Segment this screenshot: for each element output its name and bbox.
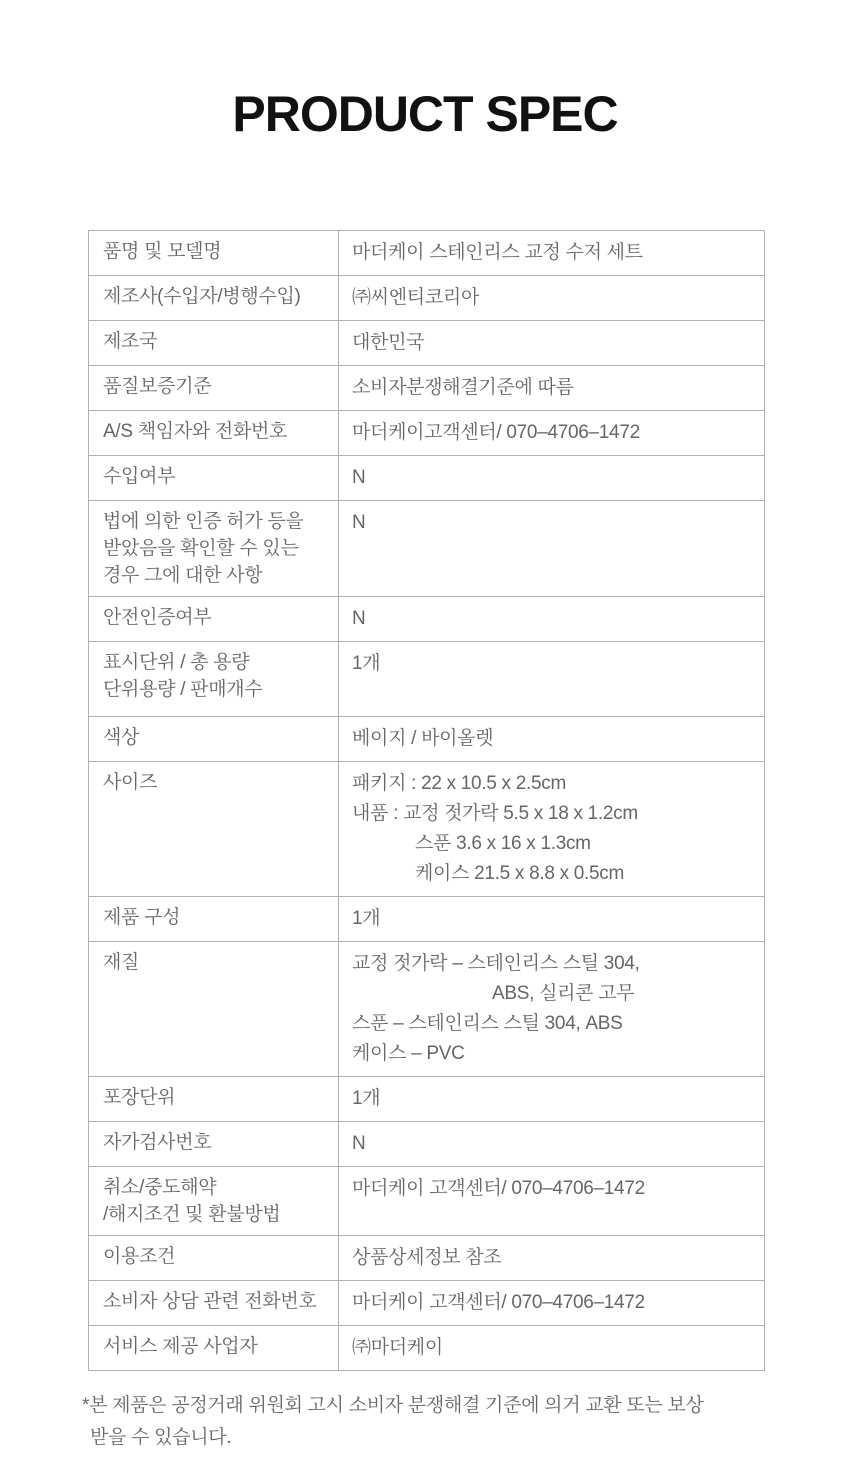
cell-line: 소비자분쟁해결기준에 따름 [352,373,756,403]
footnote-line-2: 받을 수 있습니다. [82,1422,780,1454]
cell-line: 소비자 상담 관련 전화번호 [103,1288,330,1315]
row-value: 1개 [339,642,765,717]
row-value: 1개 [339,897,765,942]
cell-line: 품명 및 모델명 [103,238,330,265]
table-row: 제조사(수입자/병행수입)㈜씨엔티코리아 [89,276,765,321]
cell-line: 1개 [352,1084,756,1114]
cell-line: 마더케이 고객센터/ 070–4706–1472 [352,1174,756,1204]
cell-line: 재질 [103,949,330,976]
spec-table: 품명 및 모델명마더케이 스테인리스 교정 수저 세트제조사(수입자/병행수입)… [88,230,765,1371]
cell-line: 포장단위 [103,1084,330,1111]
cell-line: 케이스 – PVC [352,1039,756,1069]
table-row: 서비스 제공 사업자㈜마더케이 [89,1326,765,1371]
cell-line: 대한민국 [352,328,756,358]
cell-line: 마더케이고객센터/ 070–4706–1472 [352,418,756,448]
product-spec-page: PRODUCT SPEC 품명 및 모델명마더케이 스테인리스 교정 수저 세트… [0,0,850,1468]
row-value: 마더케이 고객센터/ 070–4706–1472 [339,1167,765,1236]
cell-line: 이용조건 [103,1243,330,1270]
row-value: N [339,501,765,597]
cell-line: 상품상세정보 참조 [352,1243,756,1273]
cell-line: 제조사(수입자/병행수입) [103,283,330,310]
cell-line: N [352,604,756,634]
table-row: A/S 책임자와 전화번호마더케이고객센터/ 070–4706–1472 [89,411,765,456]
row-value: 베이지 / 바이올렛 [339,717,765,762]
row-label: 사이즈 [89,762,339,897]
cell-line: 받았음을 확인할 수 있는 [103,535,330,562]
row-value: 대한민국 [339,321,765,366]
table-row: 색상베이지 / 바이올렛 [89,717,765,762]
row-label: 안전인증여부 [89,597,339,642]
row-label: 표시단위 / 총 용량단위용량 / 판매개수 [89,642,339,717]
row-value: 교정 젓가락 – 스테인리스 스틸 304,ABS, 실리콘 고무스푼 – 스테… [339,942,765,1077]
row-label: 취소/중도해약/해지조건 및 환불방법 [89,1167,339,1236]
table-row: 품질보증기준소비자분쟁해결기준에 따름 [89,366,765,411]
table-row: 제조국대한민국 [89,321,765,366]
row-value: 마더케이 고객센터/ 070–4706–1472 [339,1281,765,1326]
table-row: 표시단위 / 총 용량단위용량 / 판매개수1개 [89,642,765,717]
cell-line: 색상 [103,724,330,751]
row-label: 제품 구성 [89,897,339,942]
cell-line: 내품 : 교정 젓가락 5.5 x 18 x 1.2cm [352,799,756,829]
row-label: 수입여부 [89,456,339,501]
row-label: 이용조건 [89,1236,339,1281]
table-row: 품명 및 모델명마더케이 스테인리스 교정 수저 세트 [89,231,765,276]
cell-line: 스푼 3.6 x 16 x 1.3cm [415,829,756,859]
row-value: 소비자분쟁해결기준에 따름 [339,366,765,411]
cell-line: N [352,508,756,538]
table-row: 사이즈패키지 : 22 x 10.5 x 2.5cm내품 : 교정 젓가락 5.… [89,762,765,897]
table-row: 자가검사번호N [89,1122,765,1167]
cell-line: 마더케이 고객센터/ 070–4706–1472 [352,1288,756,1318]
row-label: 법에 의한 인증 허가 등을받았음을 확인할 수 있는경우 그에 대한 사항 [89,501,339,597]
cell-line: 사이즈 [103,769,330,796]
cell-line: 교정 젓가락 – 스테인리스 스틸 304, [352,949,756,979]
cell-line: ㈜마더케이 [352,1333,756,1363]
cell-line: 품질보증기준 [103,373,330,400]
row-label: A/S 책임자와 전화번호 [89,411,339,456]
row-label: 제조사(수입자/병행수입) [89,276,339,321]
page-title: PRODUCT SPEC [0,0,850,140]
row-label: 품질보증기준 [89,366,339,411]
row-value: ㈜마더케이 [339,1326,765,1371]
cell-line: 경우 그에 대한 사항 [103,562,330,589]
cell-line: N [352,463,756,493]
row-label: 서비스 제공 사업자 [89,1326,339,1371]
cell-line: 제조국 [103,328,330,355]
cell-line: 취소/중도해약 [103,1174,330,1201]
table-row: 수입여부N [89,456,765,501]
table-row: 포장단위1개 [89,1077,765,1122]
row-value: ㈜씨엔티코리아 [339,276,765,321]
row-value: 마더케이 스테인리스 교정 수저 세트 [339,231,765,276]
cell-line: 케이스 21.5 x 8.8 x 0.5cm [415,859,756,889]
cell-line: 단위용량 / 판매개수 [103,676,330,703]
table-row: 안전인증여부N [89,597,765,642]
cell-line: 제품 구성 [103,904,330,931]
cell-line: ABS, 실리콘 고무 [492,979,756,1009]
row-label: 제조국 [89,321,339,366]
footnote-line-1: *본 제품은 공정거래 위원회 고시 소비자 분쟁해결 기준에 의거 교환 또는… [82,1390,780,1422]
spec-table-body: 품명 및 모델명마더케이 스테인리스 교정 수저 세트제조사(수입자/병행수입)… [89,231,765,1371]
footnote: *본 제품은 공정거래 위원회 고시 소비자 분쟁해결 기준에 의거 교환 또는… [82,1390,780,1454]
cell-line: /해지조건 및 환불방법 [103,1201,330,1228]
cell-line: 1개 [352,649,756,679]
row-label: 소비자 상담 관련 전화번호 [89,1281,339,1326]
cell-line: 스푼 – 스테인리스 스틸 304, ABS [352,1009,756,1039]
cell-line: 베이지 / 바이올렛 [352,724,756,754]
row-label: 품명 및 모델명 [89,231,339,276]
row-label: 색상 [89,717,339,762]
cell-line: 1개 [352,904,756,934]
cell-line: 마더케이 스테인리스 교정 수저 세트 [352,238,756,268]
cell-line: 수입여부 [103,463,330,490]
row-value: 1개 [339,1077,765,1122]
row-label: 재질 [89,942,339,1077]
table-row: 제품 구성1개 [89,897,765,942]
cell-line: 안전인증여부 [103,604,330,631]
row-value: 상품상세정보 참조 [339,1236,765,1281]
cell-line: 표시단위 / 총 용량 [103,649,330,676]
row-value: N [339,456,765,501]
row-label: 포장단위 [89,1077,339,1122]
cell-line: A/S 책임자와 전화번호 [103,418,330,445]
cell-line: ㈜씨엔티코리아 [352,283,756,313]
table-row: 법에 의한 인증 허가 등을받았음을 확인할 수 있는경우 그에 대한 사항N [89,501,765,597]
table-row: 소비자 상담 관련 전화번호마더케이 고객센터/ 070–4706–1472 [89,1281,765,1326]
cell-line: N [352,1129,756,1159]
table-row: 이용조건상품상세정보 참조 [89,1236,765,1281]
row-value: N [339,597,765,642]
row-value: 패키지 : 22 x 10.5 x 2.5cm내품 : 교정 젓가락 5.5 x… [339,762,765,897]
row-value: N [339,1122,765,1167]
cell-line: 패키지 : 22 x 10.5 x 2.5cm [352,769,756,799]
row-value: 마더케이고객센터/ 070–4706–1472 [339,411,765,456]
cell-line: 법에 의한 인증 허가 등을 [103,508,330,535]
table-row: 재질교정 젓가락 – 스테인리스 스틸 304,ABS, 실리콘 고무스푼 – … [89,942,765,1077]
table-row: 취소/중도해약/해지조건 및 환불방법마더케이 고객센터/ 070–4706–1… [89,1167,765,1236]
row-label: 자가검사번호 [89,1122,339,1167]
cell-line: 서비스 제공 사업자 [103,1333,330,1360]
cell-line: 자가검사번호 [103,1129,330,1156]
